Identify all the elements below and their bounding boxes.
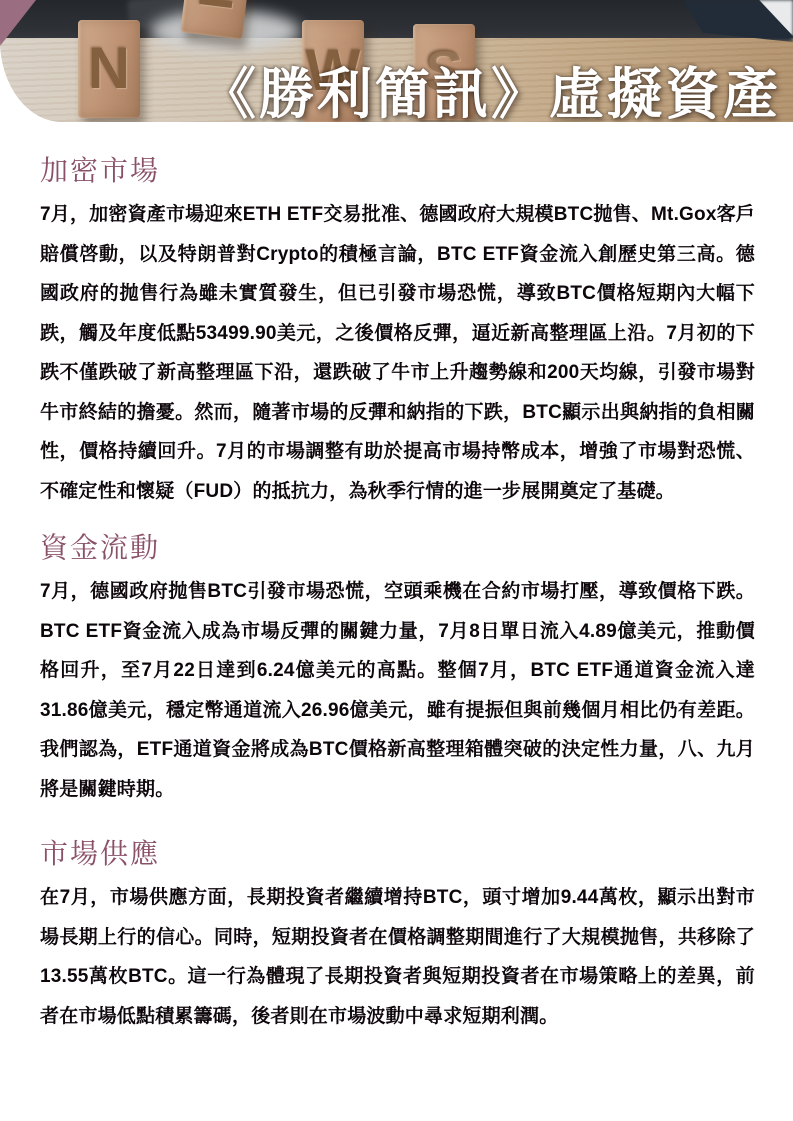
block-letter-n: N xyxy=(88,40,130,98)
section-heading-crypto-market: 加密市場 xyxy=(40,156,755,186)
newsletter-page: N E W S 《勝利簡訊》虛擬資產 加密市場 7月，加密資產市場迎來ETH E… xyxy=(0,0,793,1121)
section-body-market-supply: 在7月，市場供應方面，長期投資者繼續增持BTC，頭寸增加9.44萬枚，顯示出對市… xyxy=(40,878,755,1036)
header-photo: N E W S 《勝利簡訊》虛擬資產 xyxy=(0,0,793,122)
section-heading-fund-flows: 資金流動 xyxy=(40,533,755,563)
section-body-fund-flows: 7月，德國政府抛售BTC引發市場恐慌，空頭乘機在合約市場打壓，導致價格下跌。BT… xyxy=(40,572,755,809)
newsletter-title: 《勝利簡訊》虛擬資產 xyxy=(201,50,781,122)
block-letter-e: E xyxy=(194,0,239,18)
section-body-crypto-market: 7月，加密資產市場迎來ETH ETF交易批准、德國政府大規模BTC抛售、Mt.G… xyxy=(40,195,755,511)
section-heading-market-supply: 市場供應 xyxy=(40,839,755,869)
wooden-block-n: N xyxy=(78,20,140,118)
newsletter-body: 加密市場 7月，加密資產市場迎來ETH ETF交易批准、德國政府大規模BTC抛售… xyxy=(0,156,793,1036)
